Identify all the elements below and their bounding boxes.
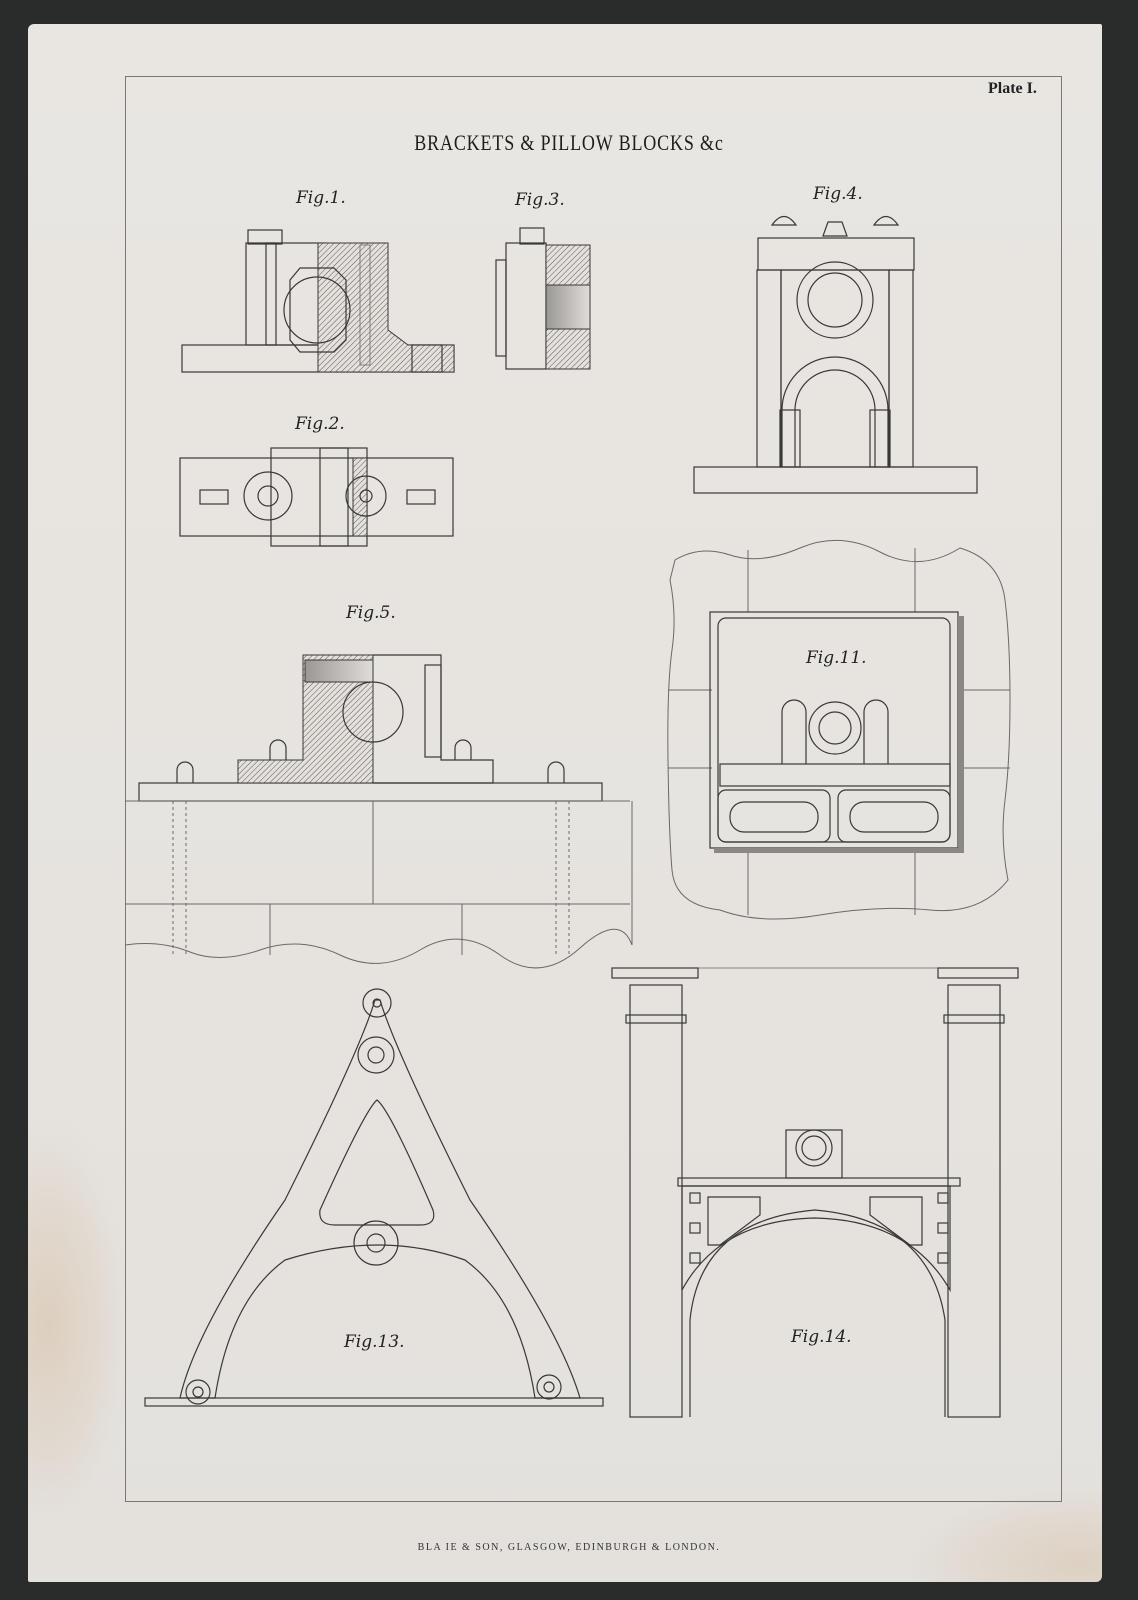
engraving-drawings (0, 0, 1138, 1600)
figure-13-label: Fig.13. (344, 1332, 405, 1352)
figure-11-label: Fig.11. (806, 648, 867, 668)
figure-2-label: Fig.2. (295, 414, 345, 434)
figure-11-wall-box (668, 540, 1010, 919)
figure-14-label: Fig.14. (791, 1327, 852, 1347)
figure-3-side-section (496, 228, 590, 369)
figure-14-column-bracket (612, 968, 1018, 1417)
figure-4-arched-pedestal (694, 217, 977, 494)
figure-5-wall-bracket-section (125, 655, 632, 968)
figure-4-label: Fig.4. (813, 184, 863, 204)
figure-1-label: Fig.1. (296, 188, 346, 208)
figure-3-label: Fig.3. (515, 190, 565, 210)
figure-2-plan-view (180, 448, 453, 546)
figure-1-pillow-block-section (182, 230, 454, 372)
figure-5-label: Fig.5. (346, 603, 396, 623)
